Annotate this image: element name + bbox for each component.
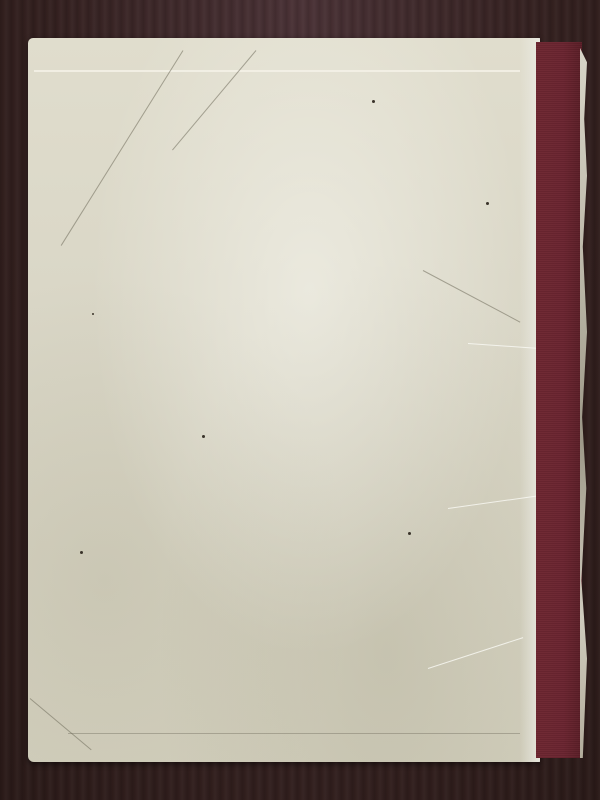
speck <box>408 532 411 535</box>
crease <box>61 50 184 246</box>
back-cover-paper <box>28 38 540 762</box>
crease <box>30 698 92 750</box>
fold-line-bottom <box>68 733 520 734</box>
crease <box>428 637 523 669</box>
cloth-spine <box>536 42 582 758</box>
crease <box>172 50 256 150</box>
speck <box>92 313 94 315</box>
speck <box>202 435 205 438</box>
fold-line-top <box>34 70 520 72</box>
speck <box>80 551 83 554</box>
speck <box>372 100 375 103</box>
frayed-spine-edge <box>580 48 587 758</box>
crease <box>423 270 521 323</box>
book <box>28 38 588 762</box>
speck <box>486 202 489 205</box>
